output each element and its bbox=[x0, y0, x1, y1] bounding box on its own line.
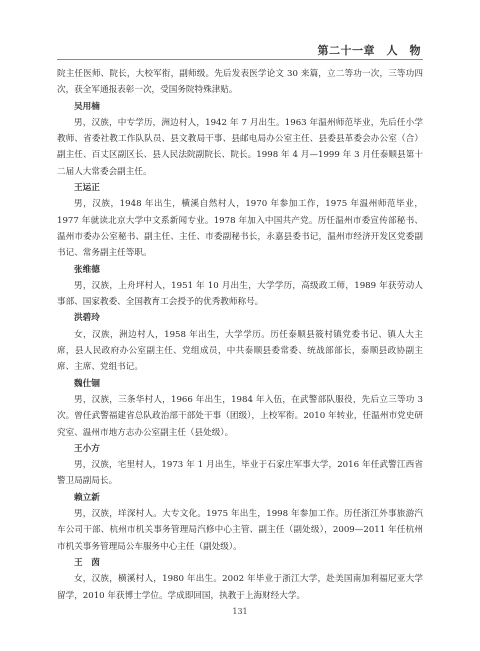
entry-bio: 男，汉族，上舟坪村人，1951 年 10 月出生，大学学历，高级政工师，1989… bbox=[57, 278, 423, 311]
chapter-title: 第二十一章 人 物 bbox=[318, 42, 422, 58]
entry-bio: 男，汉族，三条华村人，1966 年出生，1984 年入伍，在武警部队服役，先后立… bbox=[57, 392, 423, 441]
entry-name: 魏仕锢 bbox=[57, 376, 423, 392]
entry-bio: 女，汉族，洲边村人，1958 年出生，大学学历。历任泰顺县筱村镇党委书记、镇人大… bbox=[57, 327, 423, 376]
entry-name: 王 茵 bbox=[57, 555, 423, 571]
entry-bio: 男，汉族，1948 年出生，横溪自然村人，1970 年参加工作，1975 年温州… bbox=[57, 196, 423, 261]
page-body: 院主任医师、院长，大校军衔，副师级。先后发表医学论文 30 来篇，立二等功一次，… bbox=[57, 66, 423, 604]
entry-bio: 女，汉族，横溪村人，1980 年出生。2002 年毕业于浙江大学，赴美国南加利福… bbox=[57, 571, 423, 604]
entry-bio: 男，汉族，宅里村人，1973 年 1 月出生，毕业于石家庄军事大学，2016 年… bbox=[57, 457, 423, 490]
entry-name: 张维德 bbox=[57, 262, 423, 278]
entry-name: 赖立新 bbox=[57, 490, 423, 506]
running-header: 第二十一章 人 物 bbox=[57, 42, 423, 60]
entry-name: 王小方 bbox=[57, 441, 423, 457]
entry-bio: 男，汉族，中专学历，洲边村人，1942 年 7 月出生。1963 年温州师范毕业… bbox=[57, 115, 423, 180]
continued-paragraph: 院主任医师、院长，大校军衔，副师级。先后发表医学论文 30 来篇，立二等功一次，… bbox=[57, 66, 423, 99]
page-number: 131 bbox=[0, 607, 480, 616]
entry-name: 王运正 bbox=[57, 180, 423, 196]
entry-name: 吴用楠 bbox=[57, 99, 423, 115]
entry-name: 洪碧玲 bbox=[57, 310, 423, 326]
entry-bio: 男，汉族，垟深村人。大专文化。1975 年出生，1998 年参加工作。历任浙江外… bbox=[57, 506, 423, 555]
